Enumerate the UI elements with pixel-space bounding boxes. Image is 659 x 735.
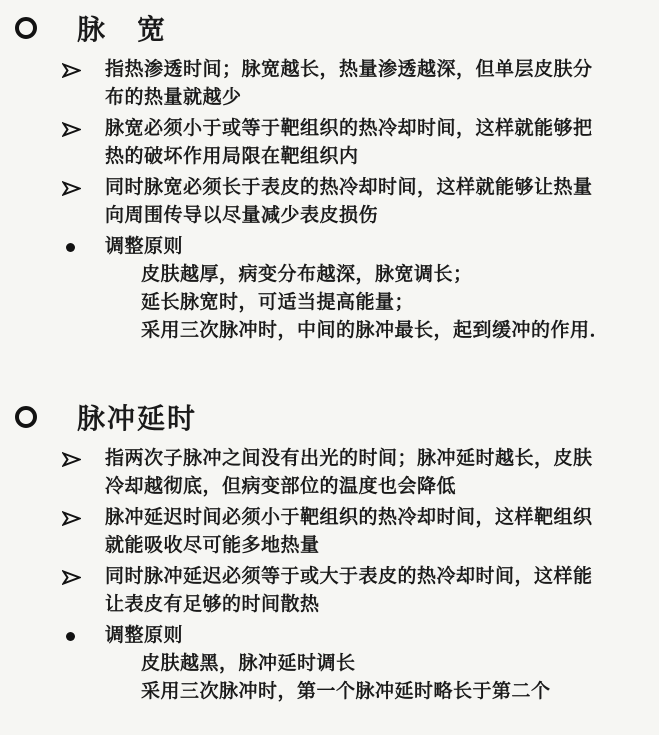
item-text-line: 布的热量就越少	[105, 84, 645, 112]
circle-outline-icon	[15, 17, 37, 39]
filled-dot-icon	[66, 632, 75, 641]
bullet-item: 同时脉冲延迟必须等于或大于表皮的热冷却时间，这样能 让表皮有足够的时间散热	[10, 563, 645, 619]
item-text-line: 热的破坏作用局限在靶组织内	[105, 143, 645, 171]
principle-detail-line: 皮肤越黑，脉冲延时调长	[141, 650, 645, 678]
bullet-item: 指热渗透时间；脉宽越长，热量渗透越深，但单层皮肤分 布的热量就越少	[10, 56, 645, 112]
arrowhead-right-icon	[62, 452, 81, 467]
section-pulse-delay: 脉冲延时 指两次子脉冲之间没有出光的时间；脉冲延时越长，皮肤 冷却越彻底，但病变…	[10, 395, 645, 706]
item-text-line: 指热渗透时间；脉宽越长，热量渗透越深，但单层皮肤分	[105, 56, 645, 84]
principle-detail-line: 延长脉宽时，可适当提高能量；	[141, 289, 645, 317]
principle-item: 调整原则	[10, 233, 645, 261]
arrowhead-right-icon	[62, 63, 81, 78]
bullet-item: 指两次子脉冲之间没有出光的时间；脉冲延时越长，皮肤 冷却越彻底，但病变部位的温度…	[10, 445, 645, 501]
principle-label: 调整原则	[105, 233, 645, 261]
principle-detail-line: 采用三次脉冲时，第一个脉冲延时略长于第二个	[141, 678, 645, 706]
item-text-line: 冷却越彻底，但病变部位的温度也会降低	[105, 473, 645, 501]
item-text-line: 脉宽必须小于或等于靶组织的热冷却时间，这样就能够把	[105, 115, 645, 143]
arrowhead-right-icon	[62, 570, 81, 585]
section-pulse-width: 脉 宽 指热渗透时间；脉宽越长，热量渗透越深，但单层皮肤分 布的热量就越少 脉宽…	[10, 6, 645, 345]
section-title: 脉 宽	[77, 8, 167, 48]
document-page: 脉 宽 指热渗透时间；脉宽越长，热量渗透越深，但单层皮肤分 布的热量就越少 脉宽…	[0, 0, 659, 735]
bullet-item: 同时脉宽必须长于表皮的热冷却时间，这样就能够让热量 向周围传导以尽量减少表皮损伤	[10, 174, 645, 230]
arrowhead-right-icon	[62, 122, 81, 137]
principle-details: 皮肤越黑，脉冲延时调长 采用三次脉冲时，第一个脉冲延时略长于第二个	[10, 650, 645, 706]
section-heading: 脉冲延时	[10, 395, 645, 439]
section-title: 脉冲延时	[77, 397, 197, 437]
item-text-line: 脉冲延迟时间必须小于靶组织的热冷却时间，这样靶组织	[105, 504, 645, 532]
item-text-line: 同时脉冲延迟必须等于或大于表皮的热冷却时间，这样能	[105, 563, 645, 591]
principle-detail-line: 皮肤越厚，病变分布越深，脉宽调长；	[141, 261, 645, 289]
item-text-line: 就能吸收尽可能多地热量	[105, 532, 645, 560]
principle-item: 调整原则	[10, 622, 645, 650]
bullet-item: 脉宽必须小于或等于靶组织的热冷却时间，这样就能够把 热的破坏作用局限在靶组织内	[10, 115, 645, 171]
item-text-line: 指两次子脉冲之间没有出光的时间；脉冲延时越长，皮肤	[105, 445, 645, 473]
item-text-line: 同时脉宽必须长于表皮的热冷却时间，这样就能够让热量	[105, 174, 645, 202]
arrowhead-right-icon	[62, 181, 81, 196]
filled-dot-icon	[66, 243, 75, 252]
section-heading: 脉 宽	[10, 6, 645, 50]
item-text-line: 向周围传导以尽量减少表皮损伤	[105, 202, 645, 230]
item-text-line: 让表皮有足够的时间散热	[105, 591, 645, 619]
arrowhead-right-icon	[62, 511, 81, 526]
principle-label: 调整原则	[105, 622, 645, 650]
principle-detail-line: 采用三次脉冲时，中间的脉冲最长，起到缓冲的作用．	[141, 317, 645, 345]
principle-details: 皮肤越厚，病变分布越深，脉宽调长； 延长脉宽时，可适当提高能量； 采用三次脉冲时…	[10, 261, 645, 345]
bullet-item: 脉冲延迟时间必须小于靶组织的热冷却时间，这样靶组织 就能吸收尽可能多地热量	[10, 504, 645, 560]
circle-outline-icon	[15, 406, 37, 428]
